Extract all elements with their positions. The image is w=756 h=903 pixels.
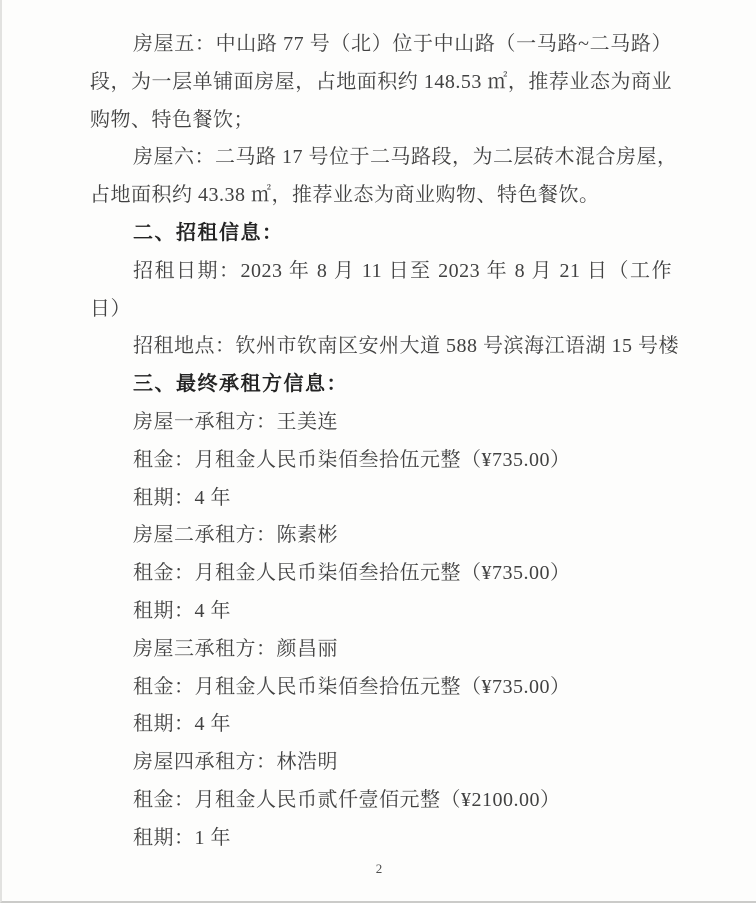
text-line: 房屋六：二马路 17 号位于二马路段，为二层砖木混合房屋， xyxy=(90,139,672,177)
document-page: 房屋五：中山路 77 号（北）位于中山路（一马路~二马路）段，为一层单铺面房屋，… xyxy=(0,0,756,903)
text-line: 房屋四承租方：林浩明 xyxy=(90,744,672,782)
text-line: 租金：月租金人民币贰仟壹佰元整（¥2100.00） xyxy=(90,782,672,820)
text-line: 日） xyxy=(90,291,672,329)
text-line: 租金：月租金人民币柒佰叁拾伍元整（¥735.00） xyxy=(90,555,672,593)
text-line: 房屋一承租方：王美连 xyxy=(90,404,672,442)
text-line: 招租地点：钦州市钦南区安州大道 588 号滨海江语湖 15 号楼 xyxy=(90,328,672,366)
text-line: 段，为一层单铺面房屋，占地面积约 148.53 ㎡，推荐业态为商业 xyxy=(90,64,672,102)
text-line: 租金：月租金人民币柒佰叁拾伍元整（¥735.00） xyxy=(90,442,672,480)
text-line: 租期：4 年 xyxy=(90,593,672,631)
text-line: 租期：4 年 xyxy=(90,480,672,518)
page-number: 2 xyxy=(2,861,756,877)
text-line: 租期：4 年 xyxy=(90,706,672,744)
text-line: 招租日期：2023 年 8 月 11 日至 2023 年 8 月 21 日（工作 xyxy=(90,253,672,291)
document-body: 房屋五：中山路 77 号（北）位于中山路（一马路~二马路）段，为一层单铺面房屋，… xyxy=(90,26,672,858)
text-line: 房屋五：中山路 77 号（北）位于中山路（一马路~二马路） xyxy=(90,26,672,64)
text-line: 占地面积约 43.38 ㎡，推荐业态为商业购物、特色餐饮。 xyxy=(90,177,672,215)
text-line: 房屋三承租方：颜昌丽 xyxy=(90,631,672,669)
text-line: 购物、特色餐饮； xyxy=(90,102,672,140)
section-heading: 二、招租信息： xyxy=(90,215,672,253)
section-heading: 三、最终承租方信息： xyxy=(90,366,672,404)
text-line: 租金：月租金人民币柒佰叁拾伍元整（¥735.00） xyxy=(90,669,672,707)
text-line: 房屋二承租方：陈素彬 xyxy=(90,517,672,555)
text-line: 租期：1 年 xyxy=(90,820,672,858)
